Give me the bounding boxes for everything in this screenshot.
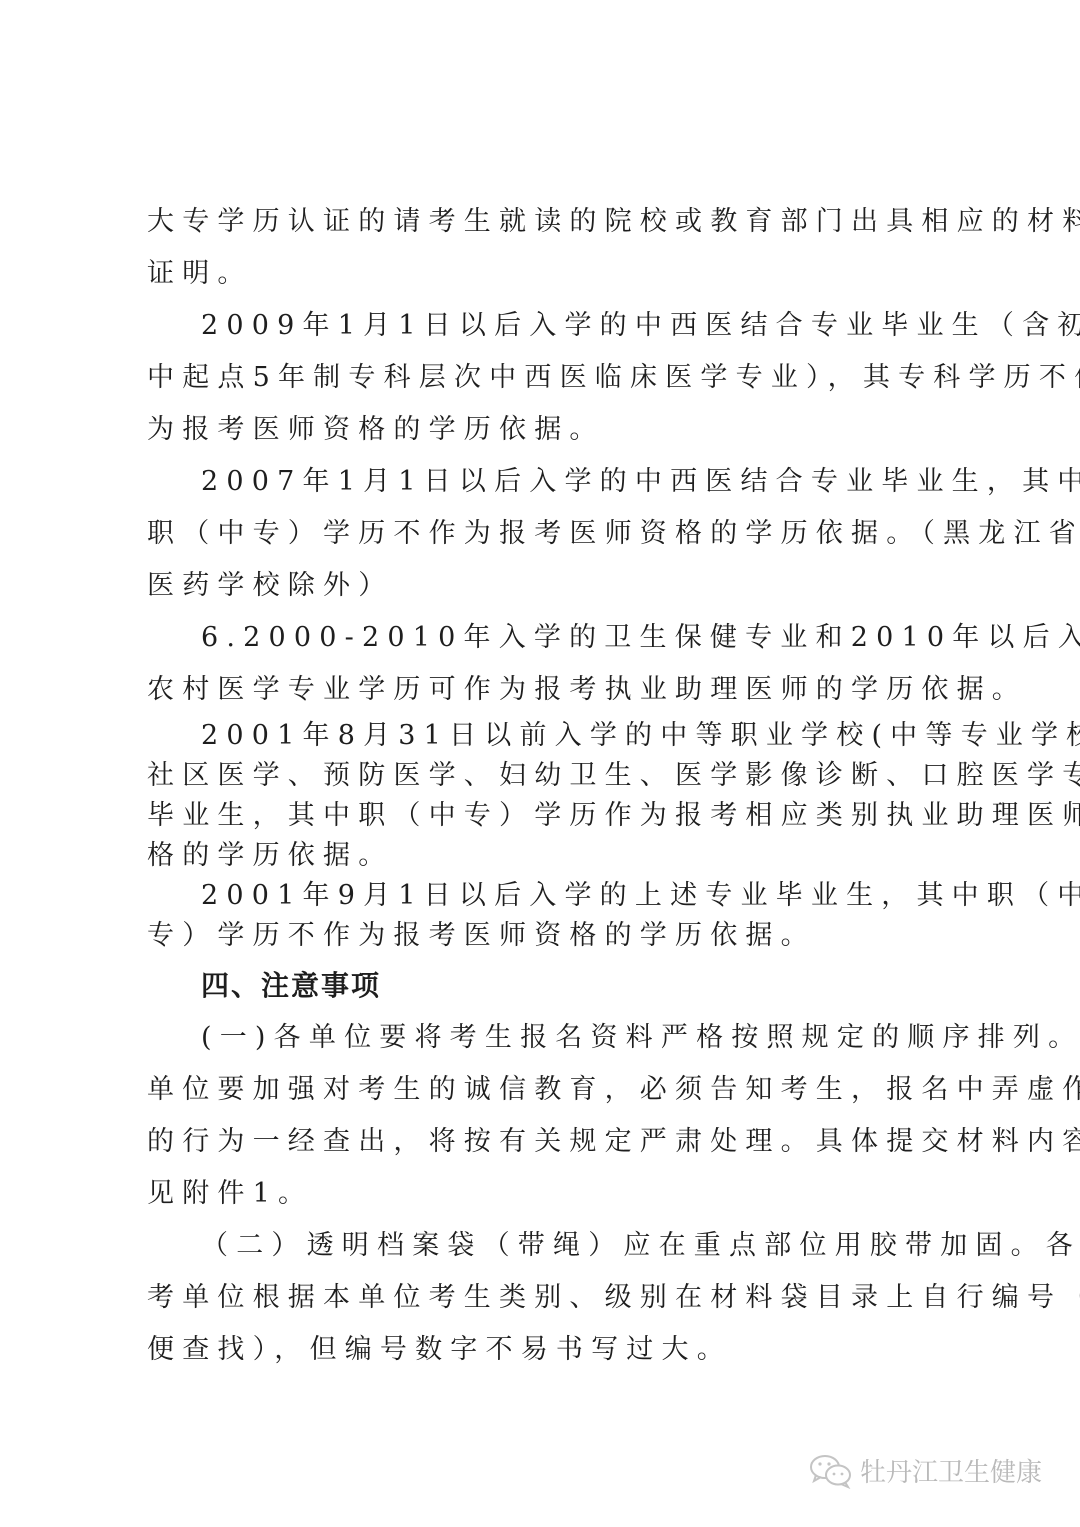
text-line: 中起点5年制专科层次中西医临床医学专业），其专科学历不作: [147, 352, 947, 404]
document-page: 大专学历认证的请考生就读的院校或教育部门出具相应的材料 证明。 2009年1月1…: [147, 196, 947, 1376]
text-line: 2009年1月1日以后入学的中西医结合专业毕业生（含初: [147, 300, 947, 352]
text-line: 2007年1月1日以后入学的中西医结合专业毕业生，其中: [147, 456, 947, 508]
watermark: 牡丹江卫生健康: [808, 1452, 1042, 1489]
text-line: 职（中专）学历不作为报考医师资格的学历依据。（黑龙江省中: [147, 508, 947, 560]
text-line: 2001年9月1日以后入学的上述专业毕业生，其中职（中: [147, 876, 947, 916]
text-line: 社区医学、预防医学、妇幼卫生、医学影像诊断、口腔医学专业: [147, 756, 947, 796]
text-line: 毕业生，其中职（中专）学历作为报考相应类别执业助理医师资: [147, 796, 947, 836]
text-line: 大专学历认证的请考生就读的院校或教育部门出具相应的材料: [147, 196, 947, 248]
text-line: 为报考医师资格的学历依据。: [147, 404, 947, 456]
wechat-icon: [808, 1453, 854, 1489]
text-line: 6.2000-2010年入学的卫生保健专业和2010年以后入学的: [147, 612, 947, 664]
text-line: 医药学校除外）: [147, 560, 947, 612]
text-line: 农村医学专业学历可作为报考执业助理医师的学历依据。: [147, 664, 947, 716]
text-line: 证明。: [147, 248, 947, 300]
text-line: 2001年8月31日以前入学的中等职业学校(中等专业学校): [147, 716, 947, 756]
section-heading: 四、注意事项: [147, 960, 947, 1012]
text-line: 的行为一经查出，将按有关规定严肃处理。具体提交材料内容详: [147, 1116, 947, 1168]
text-line: 见附件1。: [147, 1168, 947, 1220]
text-line: 单位要加强对考生的诚信教育，必须告知考生，报名中弄虚作假: [147, 1064, 947, 1116]
watermark-text: 牡丹江卫生健康: [860, 1452, 1042, 1489]
text-line: （二）透明档案袋（带绳）应在重点部位用胶带加固。各报: [147, 1220, 947, 1272]
text-line: 专）学历不作为报考医师资格的学历依据。: [147, 916, 947, 956]
text-line: 便查找），但编号数字不易书写过大。: [147, 1324, 947, 1376]
text-line: 考单位根据本单位考生类别、级别在材料袋目录上自行编号（方: [147, 1272, 947, 1324]
text-line: 格的学历依据。: [147, 836, 947, 876]
text-line: (一)各单位要将考生报名资料严格按照规定的顺序排列。各: [147, 1012, 947, 1064]
